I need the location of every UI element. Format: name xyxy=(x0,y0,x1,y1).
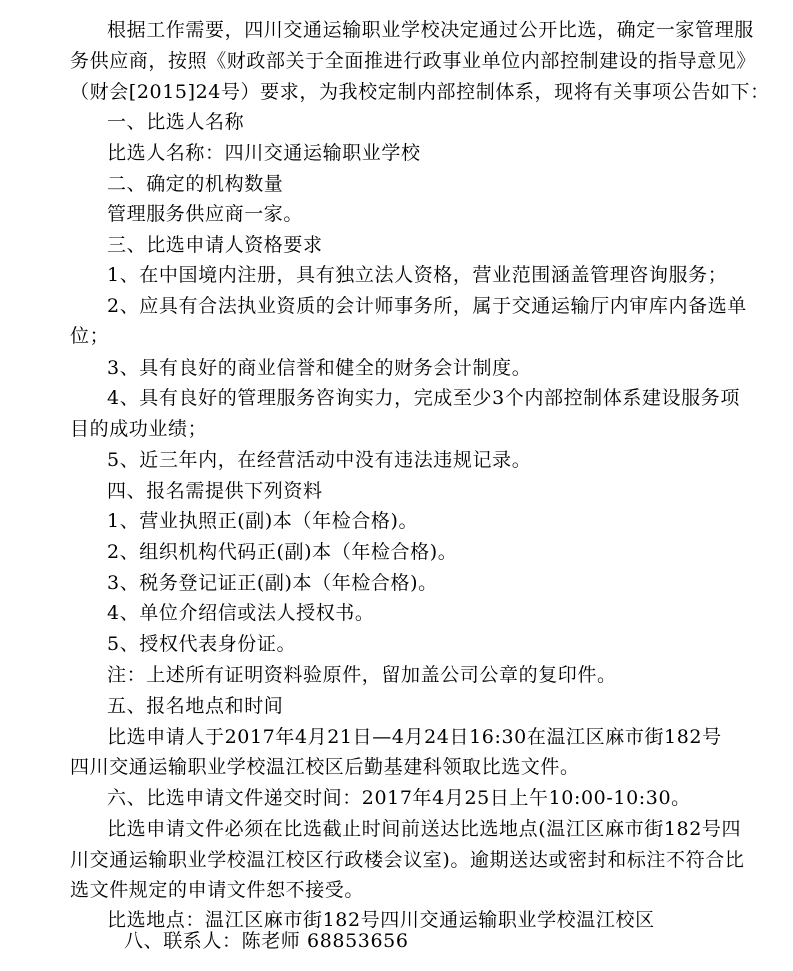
submission-line-2: 川交通运输职业学校温江校区行政楼会议室)。逾期送达或密封和标注不符合比 xyxy=(70,849,744,871)
requirement-2: 2、应具有合法执业资质的会计师事务所，属于交通运输厅内审库内备选单 xyxy=(107,295,747,317)
section-6-heading: 六、比选申请文件递交时间：2017年4月25日上午10:00-10:30。 xyxy=(107,787,691,809)
section-3-heading: 三、比选申请人资格要求 xyxy=(107,234,323,256)
submission-line-3: 选文件规定的申请文件恕不接受。 xyxy=(70,879,364,901)
requirement-4-cont: 目的成功业绩； xyxy=(70,418,207,440)
section-2-heading: 二、确定的机构数量 xyxy=(107,173,283,195)
submission-line-1: 比选申请文件必须在比选截止时间前送达比选地点(温江区麻市街182号四 xyxy=(107,818,741,840)
section-2-body: 管理服务供应商一家。 xyxy=(107,203,303,225)
requirement-1: 1、在中国境内注册，具有独立法人资格，营业范围涵盖管理咨询服务； xyxy=(107,264,727,286)
intro-line-3: （财会[2015]24号）要求，为我校定制内部控制体系，现将有关事项公告如下： xyxy=(70,81,770,103)
materials-note: 注：上述所有证明资料验原件，留加盖公司公章的复印件。 xyxy=(107,664,617,686)
material-3: 3、税务登记证正(副)本（年检合格)。 xyxy=(107,572,438,594)
requirement-2-cont: 位； xyxy=(70,325,109,347)
section-4-heading: 四、报名需提供下列资料 xyxy=(107,480,323,502)
material-1: 1、营业执照正(副)本（年检合格)。 xyxy=(107,510,418,532)
material-5: 5、授权代表身份证。 xyxy=(107,633,296,655)
registration-line-1: 比选申请人于2017年4月21日—4月24日16:30在温江区麻市街182号 xyxy=(107,726,722,748)
selection-location: 比选地点：温江区麻市街182号四川交通运输职业学校温江校区 xyxy=(107,909,655,931)
requirement-5: 5、近三年内，在经营活动中没有违法违规记录。 xyxy=(107,449,531,471)
requirement-4: 4、具有良好的管理服务咨询实力，完成至少3个内部控制体系建设服务项 xyxy=(107,387,740,409)
section-1-body: 比选人名称：四川交通运输职业学校 xyxy=(107,142,421,164)
intro-line-2: 务供应商，按照《财政部关于全面推进行政事业单位内部控制建设的指导意见》 xyxy=(70,50,756,72)
section-1-heading: 一、比选人名称 xyxy=(107,111,244,133)
section-5-heading: 五、报名地点和时间 xyxy=(107,695,283,717)
registration-line-2: 四川交通运输职业学校温江校区后勤基建科领取比选文件。 xyxy=(70,756,580,778)
material-2: 2、组织机构代码正(副)本（年检合格)。 xyxy=(107,541,457,563)
contact-person: 八、联系人：陈老师 68853656 xyxy=(124,930,409,952)
requirement-3: 3、具有良好的商业信誉和健全的财务会计制度。 xyxy=(107,357,531,379)
announcement-document: 根据工作需要，四川交通运输职业学校决定通过公开比选，确定一家管理服 务供应商，按… xyxy=(0,0,793,971)
material-4: 4、单位介绍信或法人授权书。 xyxy=(107,602,375,624)
intro-line-1: 根据工作需要，四川交通运输职业学校决定通过公开比选，确定一家管理服 xyxy=(107,19,754,41)
